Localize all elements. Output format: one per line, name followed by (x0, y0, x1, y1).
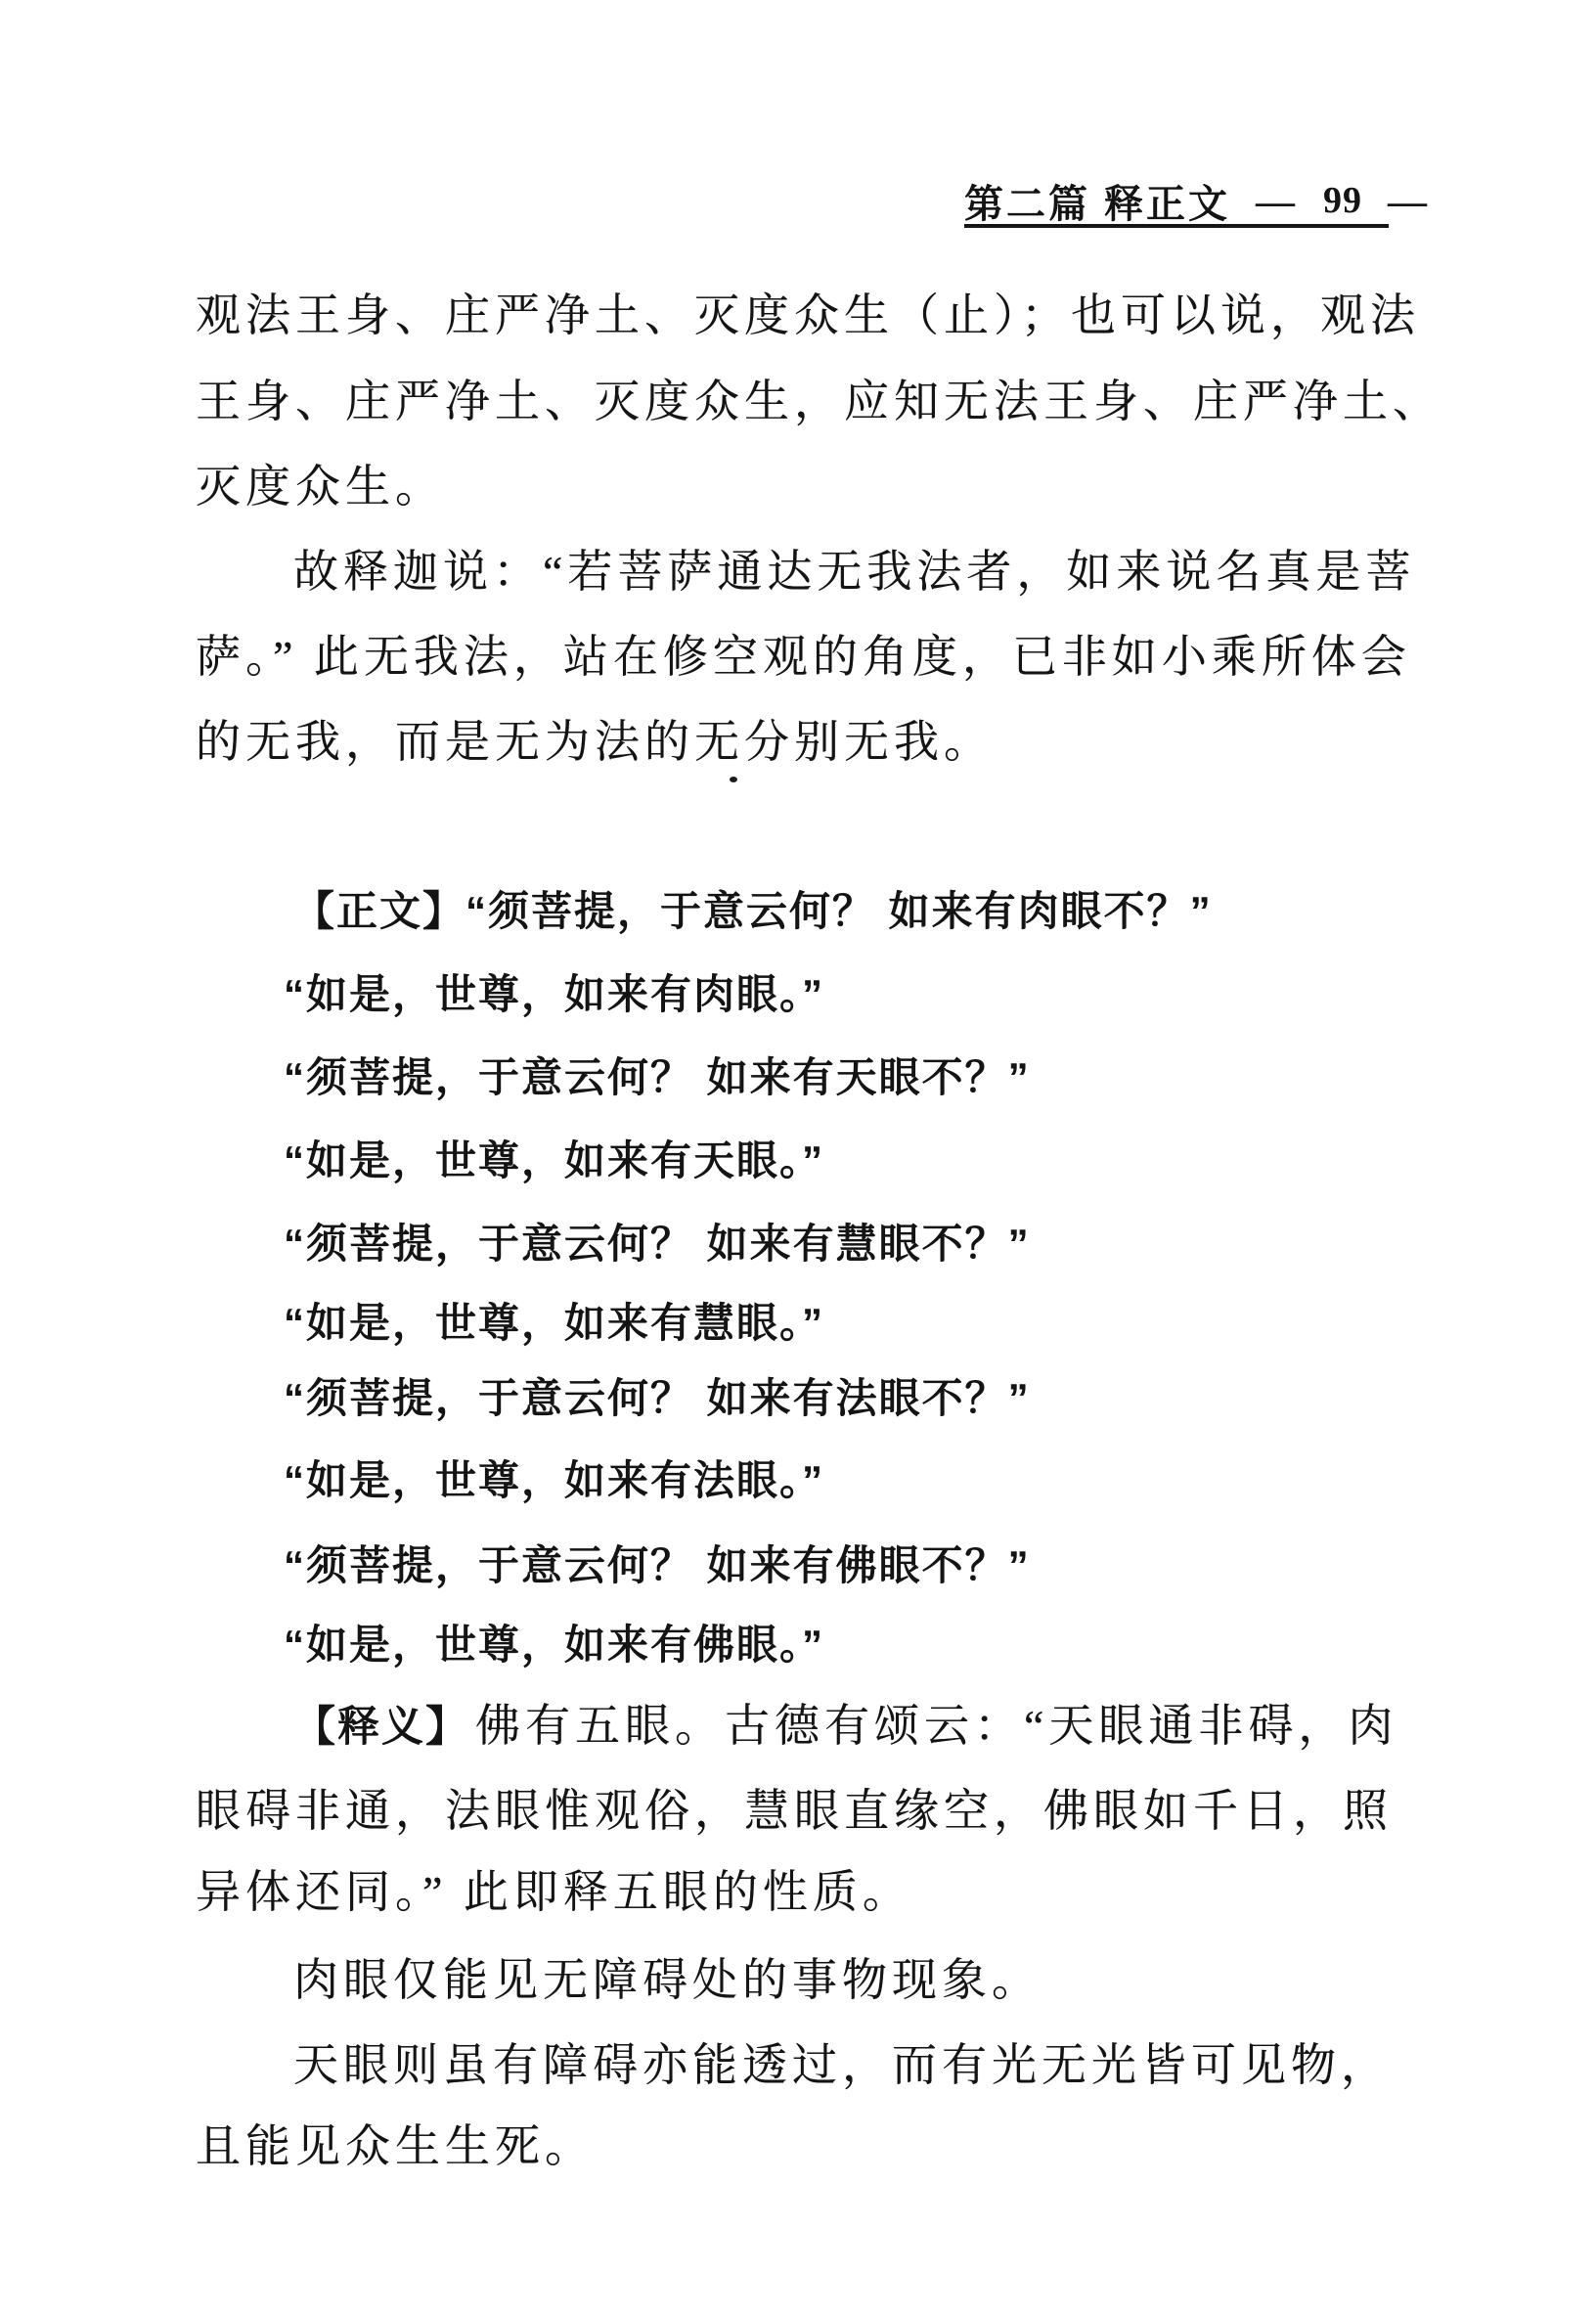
sutra-line: “如是，世尊，如来有佛眼。” (284, 1623, 824, 1668)
running-head: 第二篇 释正文 — 99 — (964, 177, 1430, 224)
page-number: 99 (1323, 179, 1362, 222)
line-text: “须菩提，于意云何？ 如来有天眼不？” (284, 1054, 1031, 1100)
commentary-line: 王身、庄严净土、灭度众生，应知无法王身、庄严净土、 (196, 378, 1442, 427)
commentary-line: 萨。” 此无我法，站在修空观的角度，已非如小乘所体会 (196, 633, 1411, 683)
interpretation-line: 异体还同。” 此即释五眼的性质。 (196, 1868, 912, 1918)
scan-speck (730, 777, 737, 782)
line-text: “如是，世尊，如来有佛眼。” (284, 1622, 824, 1668)
interpretation-line: 肉眼仅能见无障碍处的事物现象。 (293, 1956, 1042, 2006)
sutra-line: “如是，世尊，如来有慧眼。” (284, 1301, 824, 1346)
sutra-line: “如是，世尊，如来有天眼。” (284, 1138, 824, 1183)
line-text: 异体还同。” 此即释五眼的性质。 (196, 1867, 912, 1917)
line-text: 萨。” 此无我法，站在修空观的角度，已非如小乘所体会 (196, 632, 1411, 682)
book-page: 第二篇 释正文 — 99 — 观法王身、庄严净土、灭度众生（止）；也可以说，观法… (0, 0, 1596, 2316)
running-head-title: 释正文 (1104, 173, 1230, 229)
interpretation-line: 【释义】佛有五眼。古德有颂云：“天眼通非碍，肉 (293, 1702, 1397, 1752)
commentary-line: 灭度众生。 (196, 463, 445, 512)
line-text: 王身、庄严净土、灭度众生，应知无法王身、庄严净土、 (196, 377, 1442, 426)
sutra-line: “须菩提，于意云何？ 如来有法眼不？” (284, 1376, 1031, 1421)
line-text: 佛有五眼。古德有颂云：“天眼通非碍，肉 (475, 1701, 1397, 1751)
sutra-line: “如是，世尊，如来有法眼。” (284, 1458, 824, 1503)
line-text: “须菩提，于意云何？ 如来有法眼不？” (284, 1375, 1031, 1421)
line-text: 眼碍非通，法眼惟观俗，慧眼直缘空，佛眼如千日，照 (196, 1786, 1393, 1836)
running-head-rule (964, 224, 1389, 228)
line-text: 且能见众生生死。 (196, 2121, 595, 2171)
interpretation-line: 眼碍非通，法眼惟观俗，慧眼直缘空，佛眼如千日，照 (196, 1787, 1393, 1837)
commentary-line: 的无我，而是无为法的无分别无我。 (196, 718, 994, 768)
commentary-line: 观法王身、庄严净土、灭度众生（止）；也可以说，观法 (196, 291, 1420, 341)
line-text: “如是，世尊，如来有肉眼。” (284, 971, 824, 1017)
line-text: 【正文】“须菩提，于意云何？ 如来有肉眼不？” (293, 888, 1213, 934)
line-text: 故释迦说：“若菩萨通达无我法者，如来说名真是菩 (293, 547, 1415, 597)
line-text: “须菩提，于意云何？ 如来有慧眼不？” (284, 1221, 1031, 1267)
line-text: 观法王身、庄严净土、灭度众生（止）；也可以说，观法 (196, 290, 1420, 340)
commentary-line: 故释迦说：“若菩萨通达无我法者，如来说名真是菩 (293, 548, 1415, 598)
sutra-line: “如是，世尊，如来有肉眼。” (284, 972, 824, 1017)
sutra-line: “须菩提，于意云何？ 如来有慧眼不？” (284, 1222, 1031, 1267)
line-text: 灭度众生。 (196, 462, 445, 512)
line-text: “如是，世尊，如来有慧眼。” (284, 1300, 824, 1346)
sutra-line: 【正文】“须菩提，于意云何？ 如来有肉眼不？” (293, 889, 1213, 934)
line-text: 的无我，而是无为法的无分别无我。 (196, 717, 994, 767)
sutra-line: “须菩提，于意云何？ 如来有天眼不？” (284, 1055, 1031, 1100)
section-tag: 【释义】 (293, 1704, 469, 1751)
line-text: “须菩提，于意云何？ 如来有佛眼不？” (284, 1542, 1031, 1588)
page-number-dash-left: — (1256, 178, 1298, 224)
line-text: “如是，世尊，如来有法眼。” (284, 1457, 824, 1503)
line-text: 肉眼仅能见无障碍处的事物现象。 (293, 1955, 1042, 2005)
line-text: 天眼则虽有障碍亦能透过，而有光无光皆可见物， (293, 2040, 1391, 2090)
interpretation-line: 天眼则虽有障碍亦能透过，而有光无光皆可见物， (293, 2041, 1391, 2091)
page-number-dash-right: — (1388, 178, 1430, 224)
interpretation-line: 且能见众生生死。 (196, 2122, 595, 2172)
running-head-section: 第二篇 (964, 173, 1090, 229)
sutra-line: “须菩提，于意云何？ 如来有佛眼不？” (284, 1543, 1031, 1588)
line-text: “如是，世尊，如来有天眼。” (284, 1137, 824, 1183)
